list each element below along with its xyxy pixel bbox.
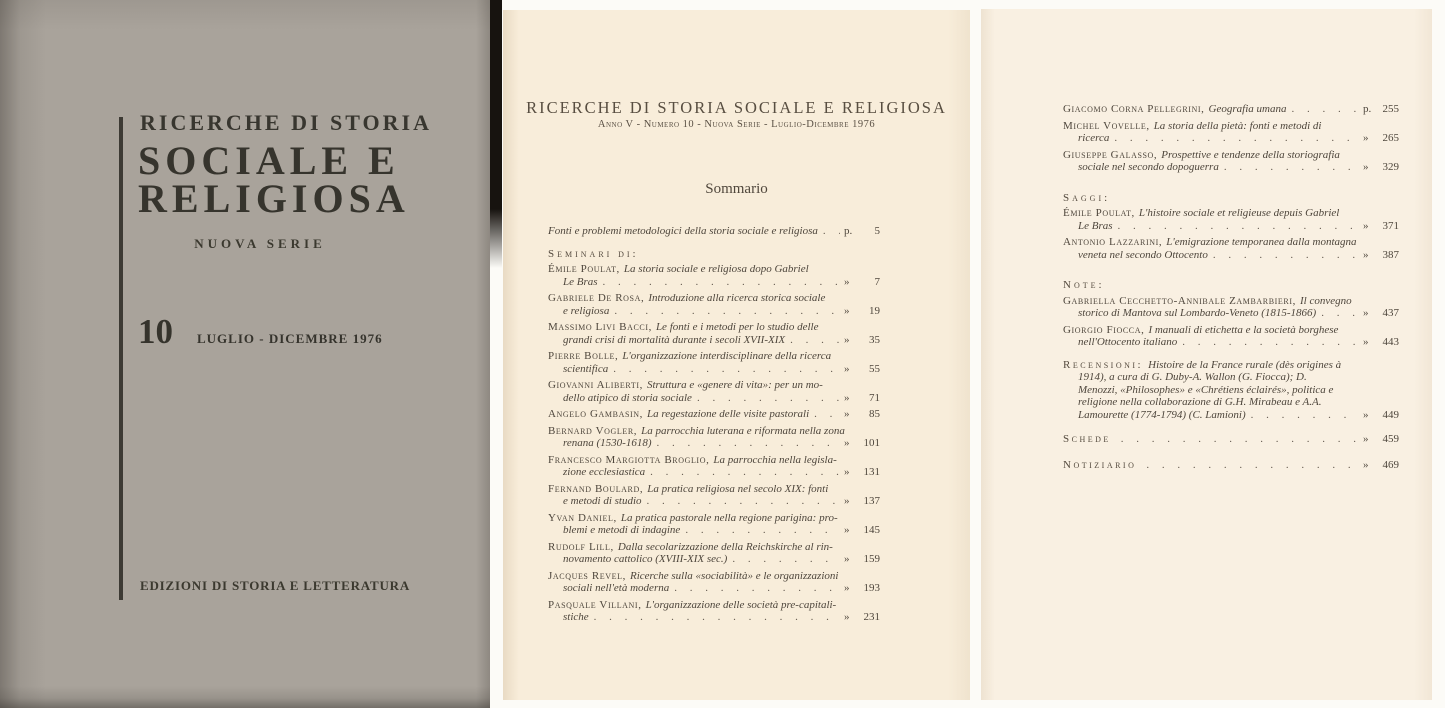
dot-leader [657, 437, 841, 450]
toc-entry-author: Rudolf Lill, [548, 541, 614, 553]
toc-entry-title: Ricerche sulla «sociabilità» e le organi… [630, 570, 838, 582]
toc-entry-author: Giacomo Corna Pellegrini, [1063, 103, 1205, 116]
sommario-page-2: Giacomo Corna Pellegrini,Geografia umana… [981, 9, 1432, 700]
toc-entry-recensioni: Recensioni:Histoire de la France rurale … [1063, 359, 1399, 422]
toc-entry-author: Giuseppe Galasso, [1063, 149, 1157, 161]
toc-entry-author: Antonio Lazzarini, [1063, 236, 1162, 248]
toc-entry: Giovanni Aliberti,Struttura e «genere di… [548, 379, 880, 404]
dot-leader [614, 305, 840, 318]
toc-entry-author: Émile Poulat, [1063, 207, 1135, 219]
toc-entry-page-number: »231 [844, 611, 880, 624]
book-spine-gap-shadow [490, 0, 502, 268]
toc-entry-author: Giorgio Fiocca, [1063, 324, 1144, 336]
toc-entry: Fernand Boulard,La pratica religiosa nel… [548, 483, 880, 508]
toc-entry-title: I manuali di etichetta e la società borg… [1148, 324, 1338, 336]
dot-leader [1213, 249, 1359, 262]
dot-leader [685, 524, 840, 537]
dot-leader [732, 553, 840, 566]
dot-leader [647, 495, 840, 508]
toc-entry-author: Giovanni Aliberti, [548, 379, 643, 391]
dot-leader [1118, 220, 1359, 233]
dot-leader [1251, 409, 1359, 422]
toc-entry-title: L'organizzazione delle società pre-capit… [646, 599, 837, 611]
toc-entry-title: Introduzione alla ricerca storica social… [648, 292, 825, 304]
toc-entry: Giacomo Corna Pellegrini,Geografia umana… [1063, 103, 1399, 116]
toc-entry: Antonio Lazzarini,L'emigrazione temporan… [1063, 236, 1399, 261]
dot-leader [823, 225, 840, 238]
toc-entry-title: La storia sociale e religiosa dopo Gabri… [624, 263, 809, 275]
toc-entry-author: Michel Vovelle, [1063, 120, 1150, 132]
toc-entry-page-number: »329 [1363, 161, 1399, 174]
toc-entry: Émile Poulat,L'histoire sociale et relig… [1063, 207, 1399, 232]
toc-entry-title: Geografia umana [1209, 103, 1287, 116]
toc-entry: Massimo Livi Bacci,Le fonti e i metodi p… [548, 321, 880, 346]
toc-entry-page-number: »371 [1363, 220, 1399, 233]
cover-title-line3: RELIGIOSA [138, 175, 410, 222]
toc-entry-page-number: p.255 [1363, 103, 1399, 116]
toc-entry-page-number: »85 [844, 408, 880, 421]
dot-leader [697, 392, 840, 405]
toc-entry: Francesco Margiotta Broglio,La parrocchi… [548, 454, 880, 479]
toc-entry: Giorgio Fiocca,I manuali di etichetta e … [1063, 324, 1399, 349]
toc-entry-page-number: »55 [844, 363, 880, 376]
toc-entry-page-number: »71 [844, 392, 880, 405]
toc-entry-title: Struttura e «genere di vita»: per un mo- [647, 379, 823, 391]
toc-entry-page-number: »449 [1363, 409, 1399, 422]
toc-entry-title: L'histoire sociale et religieuse depuis … [1139, 207, 1339, 219]
toc-entry: Émile Poulat,La storia sociale e religio… [548, 263, 880, 288]
toc-entry-page-number: »131 [844, 466, 880, 479]
cover-issue-number: 10 [138, 312, 173, 352]
dot-leader [814, 408, 840, 421]
toc-entry-page-number: »443 [1363, 336, 1399, 349]
toc-entry-author: Gabriele De Rosa, [548, 292, 644, 304]
toc-entry-author: Fernand Boulard, [548, 483, 643, 495]
toc-entry-page-number: »19 [844, 305, 880, 318]
toc-entry-title: Prospettive e tendenze della storiografi… [1161, 149, 1340, 161]
dot-leader [674, 582, 840, 595]
journal-title: RICERCHE DI STORIA SOCIALE E RELIGIOSA [503, 98, 970, 118]
toc-entry-author: Émile Poulat, [548, 263, 620, 275]
toc-entry-author: Jacques Revel, [548, 570, 626, 582]
toc-entry-page-number: »437 [1363, 307, 1399, 320]
dot-leader [594, 611, 840, 624]
toc-entry-page-number: »101 [844, 437, 880, 450]
toc-entry: Giuseppe Galasso,Prospettive e tendenze … [1063, 149, 1399, 174]
dot-leader [650, 466, 840, 479]
dot-leader [1291, 103, 1359, 116]
toc-entry: Jacques Revel,Ricerche sulla «sociabilit… [548, 570, 880, 595]
toc-entry-schede: Schede»459 [1063, 433, 1399, 446]
toc-entry-title: Fonti e problemi metodologici della stor… [548, 225, 818, 238]
toc-entry-page-number: »35 [844, 334, 880, 347]
cover-issue-period: LUGLIO - DICEMBRE 1976 [197, 331, 383, 347]
toc-entry-page-number: »469 [1363, 459, 1399, 472]
dot-leader [1224, 161, 1359, 174]
toc-entry-page-number: »459 [1363, 433, 1399, 446]
book-cover: RICERCHE DI STORIA SOCIALE E RELIGIOSA N… [0, 0, 490, 708]
toc-entry-title: Il convegno [1300, 295, 1352, 307]
toc-entry-title: La storia della pietà: fonti e metodi di [1154, 120, 1322, 132]
dot-leader [1114, 132, 1359, 145]
toc-entry-author: Gabriella Cecchetto-Annibale Zambarbieri… [1063, 295, 1296, 307]
sommario-heading: Sommario [503, 181, 970, 198]
toc-entry-page-number: »159 [844, 553, 880, 566]
toc-entry: Pasquale Villani,L'organizzazione delle … [548, 599, 880, 624]
toc-entry-author: Yvan Daniel, [548, 512, 617, 524]
cover-publisher: EDIZIONI DI STORIA E LETTERATURA [140, 578, 410, 594]
toc-entry-title: Le fonti e i metodi per lo studio delle [656, 321, 819, 333]
toc-entry-author: Francesco Margiotta Broglio, [548, 454, 709, 466]
toc-entry-page-number: »145 [844, 524, 880, 537]
toc-entry-author: Pasquale Villani, [548, 599, 642, 611]
toc-entry: Yvan Daniel,La pratica pastorale nella r… [548, 512, 880, 537]
toc-entry-notiziario: Notiziario»469 [1063, 459, 1399, 472]
toc-entry: Gabriella Cecchetto-Annibale Zambarbieri… [1063, 295, 1399, 320]
toc-entry: Gabriele De Rosa,Introduzione alla ricer… [548, 292, 880, 317]
dot-leader [1146, 459, 1359, 472]
toc-entry-title: L'emigrazione temporanea dalla montagna [1166, 236, 1356, 248]
cover-series-label: NUOVA SERIE [140, 236, 380, 252]
toc-entry: Michel Vovelle,La storia della pietà: fo… [1063, 120, 1399, 145]
toc-entry: Angelo Gambasin,La regestazione delle vi… [548, 408, 880, 421]
toc-entry: Rudolf Lill,Dalla secolarizzazione della… [548, 541, 880, 566]
dot-leader [1182, 336, 1359, 349]
toc-entry-page-number: p.5 [844, 225, 880, 238]
toc-entry-title: La regestazione delle visite pastorali [647, 408, 809, 421]
toc-entry-author: Pierre Bolle, [548, 350, 618, 362]
toc-list-page1: Fonti e problemi metodologici della stor… [548, 225, 880, 628]
toc-entry-page-number: »265 [1363, 132, 1399, 145]
toc-entry-title: Dalla secolarizzazione della Reichskirch… [618, 541, 833, 553]
journal-issue-line: Anno V - Numero 10 - Nuova Serie - Lugli… [503, 119, 970, 130]
dot-leader [1321, 307, 1359, 320]
toc-list-page2: Giacomo Corna Pellegrini,Geografia umana… [1063, 103, 1399, 475]
toc-entry-author: Bernard Vogler, [548, 425, 637, 437]
cover-title-line1: RICERCHE DI STORIA [140, 110, 432, 136]
toc-entry-title: La parrocchia luterana e riformata nella… [641, 425, 845, 437]
toc-section-heading-recensioni: Recensioni: [1063, 359, 1143, 371]
toc-entry-title: La parrocchia nella legisla- [713, 454, 836, 466]
cover-vertical-rule [119, 117, 123, 600]
dot-leader [603, 276, 840, 289]
toc-entry-page-number: »137 [844, 495, 880, 508]
toc-entry-page-number: »193 [844, 582, 880, 595]
toc-section-heading-saggi: Saggi: [1063, 192, 1399, 205]
toc-entry-author: Angelo Gambasin, [548, 408, 643, 421]
dot-leader [613, 363, 840, 376]
toc-entry-page-number: »7 [844, 276, 880, 289]
sommario-page: RICERCHE DI STORIA SOCIALE E RELIGIOSA A… [503, 10, 970, 700]
toc-entry: Fonti e problemi metodologici della stor… [548, 225, 880, 238]
toc-entry-page-number: »387 [1363, 249, 1399, 262]
toc-section-heading-note: Note: [1063, 279, 1399, 292]
dot-leader [1121, 433, 1359, 446]
toc-entry-title: La pratica pastorale nella regione parig… [621, 512, 838, 524]
dot-leader [790, 334, 840, 347]
toc-entry: Bernard Vogler,La parrocchia luterana e … [548, 425, 880, 450]
toc-entry-title: L'organizzazione interdisciplinare della… [622, 350, 831, 362]
toc-section-heading-seminari: Seminari di: [548, 248, 880, 261]
toc-entry-title: La pratica religiosa nel secolo XIX: fon… [647, 483, 828, 495]
toc-entry-author: Massimo Livi Bacci, [548, 321, 652, 333]
cover-issue-row: 10 LUGLIO - DICEMBRE 1976 [138, 312, 383, 352]
toc-entry: Pierre Bolle,L'organizzazione interdisci… [548, 350, 880, 375]
